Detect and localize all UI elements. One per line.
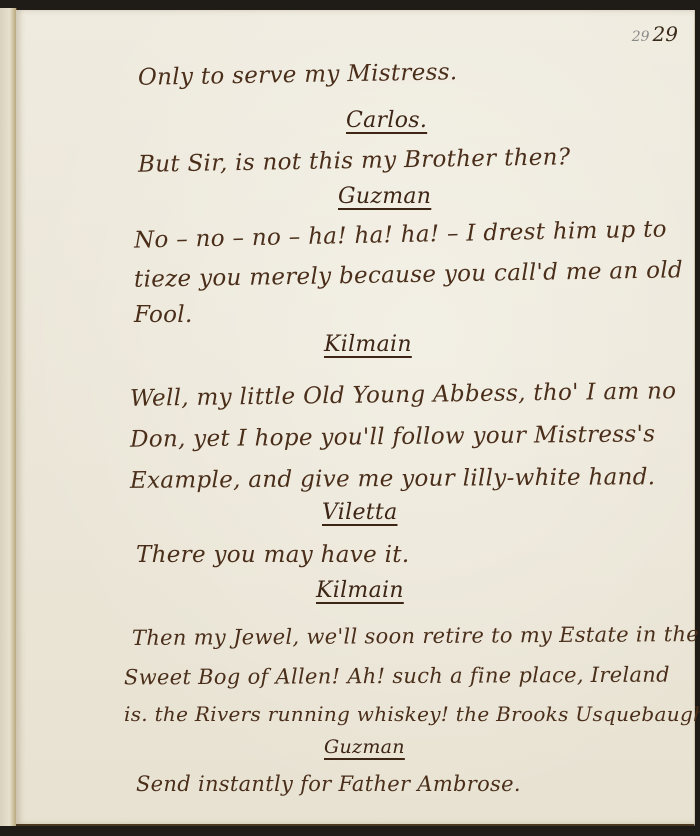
speech-line: Send instantly for Father Ambrose. (136, 772, 521, 796)
speaker-name: Carlos. (346, 108, 427, 133)
speech-line: Only to serve my Mistress. (138, 59, 458, 91)
speech-line: Don, yet I hope you'll follow your Mistr… (130, 421, 655, 452)
speech-line: Fool. (134, 302, 193, 328)
speaker-name: Guzman (324, 736, 405, 758)
speech-line: There you may have it. (136, 542, 409, 568)
folio-ink: 29 (653, 22, 678, 46)
manuscript-page: 2929 Only to serve my Mistress. Carlos. … (16, 10, 695, 826)
speaker-name: Guzman (338, 184, 431, 209)
speech-line: tieze you merely because you call'd me a… (134, 257, 683, 293)
speech-line: Example, and give me your lilly-white ha… (130, 464, 655, 494)
speaker-name: Kilmain (324, 332, 412, 357)
folio-pencil: 29 (632, 29, 650, 45)
speaker-name: Kilmain (316, 578, 404, 603)
speech-line: Sweet Bog of Allen! Ah! such a fine plac… (124, 663, 670, 690)
speech-line: Well, my little Old Young Abbess, tho' I… (130, 378, 677, 412)
book-binding (0, 8, 17, 826)
folio-number: 2929 (632, 22, 678, 46)
speech-line: But Sir, is not this my Brother then? (138, 144, 571, 178)
speaker-name: Viletta (322, 500, 398, 525)
speech-line: Then my Jewel, we'll soon retire to my E… (132, 622, 699, 650)
speech-line: No – no – no – ha! ha! ha! – I drest him… (134, 216, 667, 253)
speech-line: is. the Rivers running whiskey! the Broo… (124, 702, 700, 726)
